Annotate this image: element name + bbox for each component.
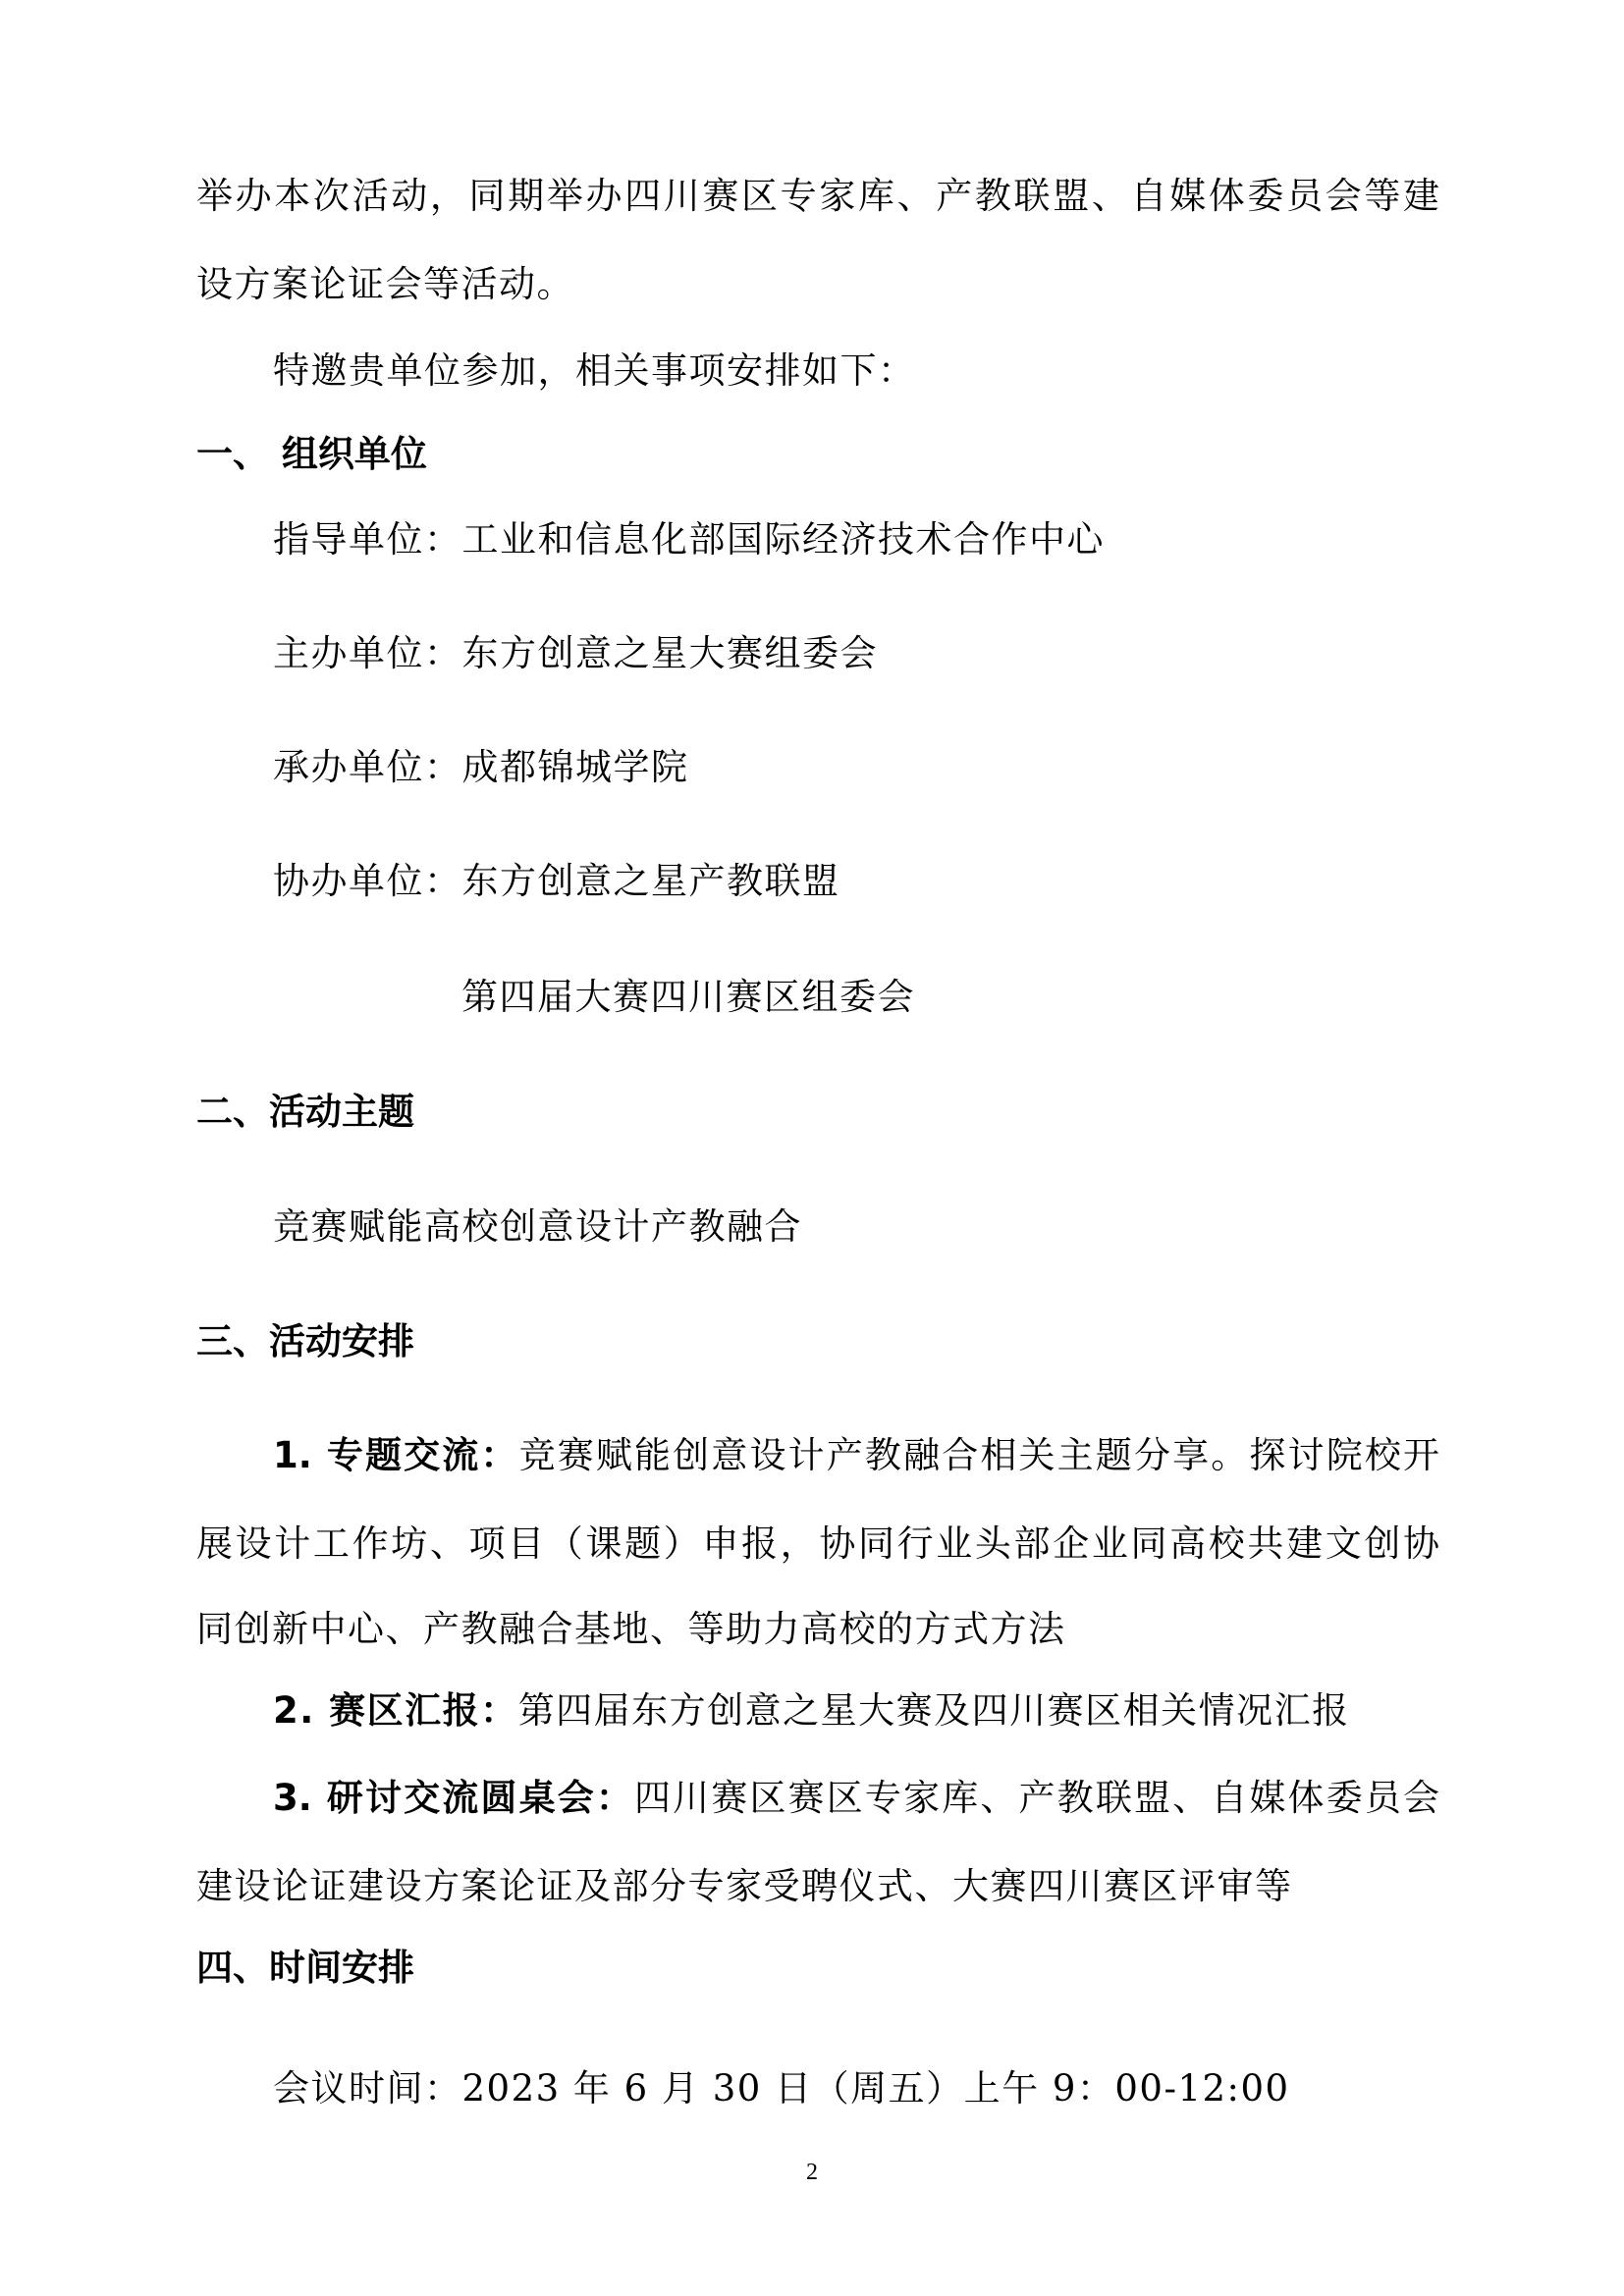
- agenda-item-2: 2. 赛区汇报：第四届东方创意之星大赛及四川赛区相关情况汇报: [273, 1687, 1350, 1735]
- agenda-label: 3. 研讨交流圆桌会：: [273, 1777, 634, 1819]
- org-label: 主办单位：: [273, 632, 462, 674]
- activity-theme: 竞赛赋能高校创意设计产教融合: [273, 1203, 802, 1251]
- org-item-host: 主办单位：东方创意之星大赛组委会: [273, 630, 878, 677]
- section1-heading: 一、 组织单位: [196, 431, 427, 478]
- org-item-guide: 指导单位：工业和信息化部国际经济技术合作中心: [273, 516, 1105, 563]
- intro-paragraph-line2: 设方案论证会等活动。: [196, 261, 574, 308]
- org-label: 协办单位：: [273, 860, 462, 902]
- section4-heading: 四、时间安排: [196, 1945, 414, 1992]
- agenda-text: 四川赛区赛区专家库、产教联盟、自媒体委员会: [634, 1777, 1439, 1819]
- agenda-label: 1. 专题交流：: [273, 1434, 519, 1476]
- org-label: 指导单位：: [273, 518, 462, 561]
- invite-paragraph: 特邀贵单位参加，相关事项安排如下：: [273, 347, 916, 395]
- org-item-co-organizer: 协办单位：东方创意之星产教联盟: [273, 858, 840, 905]
- agenda-item-1-line2: 展设计工作坊、项目（课题）申报，协同行业头部企业同高校共建文创协: [196, 1521, 1439, 1568]
- org-value: 成都锦城学院: [462, 746, 689, 788]
- org-value: 工业和信息化部国际经济技术合作中心: [462, 518, 1106, 561]
- agenda-item-3-line2: 建设论证建设方案论证及部分专家受聘仪式、大赛四川赛区评审等: [196, 1863, 1293, 1910]
- org-value: 东方创意之星产教联盟: [462, 860, 840, 902]
- intro-paragraph-line1: 举办本次活动，同期举办四川赛区专家库、产教联盟、自媒体委员会等建: [196, 173, 1439, 220]
- section3-heading: 三、活动安排: [196, 1318, 414, 1365]
- agenda-text: 第四届东方创意之星大赛及四川赛区相关情况汇报: [518, 1689, 1350, 1732]
- org-label: 承办单位：: [273, 746, 462, 788]
- agenda-label: 2. 赛区汇报：: [273, 1689, 518, 1732]
- page-number: 2: [0, 2160, 1624, 2186]
- section2-heading: 二、活动主题: [196, 1089, 414, 1136]
- agenda-item-3-line1: 3. 研讨交流圆桌会：四川赛区赛区专家库、产教联盟、自媒体委员会: [273, 1775, 1439, 1822]
- agenda-item-1-line3: 同创新中心、产教融合基地、等助力高校的方式方法: [196, 1606, 1066, 1653]
- org-item-co-organizer-2: 第四届大赛四川赛区组委会: [461, 974, 915, 1021]
- org-value: 东方创意之星大赛组委会: [462, 632, 879, 674]
- org-item-organizer: 承办单位：成都锦城学院: [273, 744, 689, 791]
- agenda-item-1-line1: 1. 专题交流：竞赛赋能创意设计产教融合相关主题分享。探讨院校开: [273, 1432, 1439, 1479]
- agenda-text: 竞赛赋能创意设计产教融合相关主题分享。探讨院校开: [519, 1434, 1439, 1476]
- meeting-time: 会议时间：2023 年 6 月 30 日（周五）上午 9：00-12:00: [273, 2065, 1290, 2112]
